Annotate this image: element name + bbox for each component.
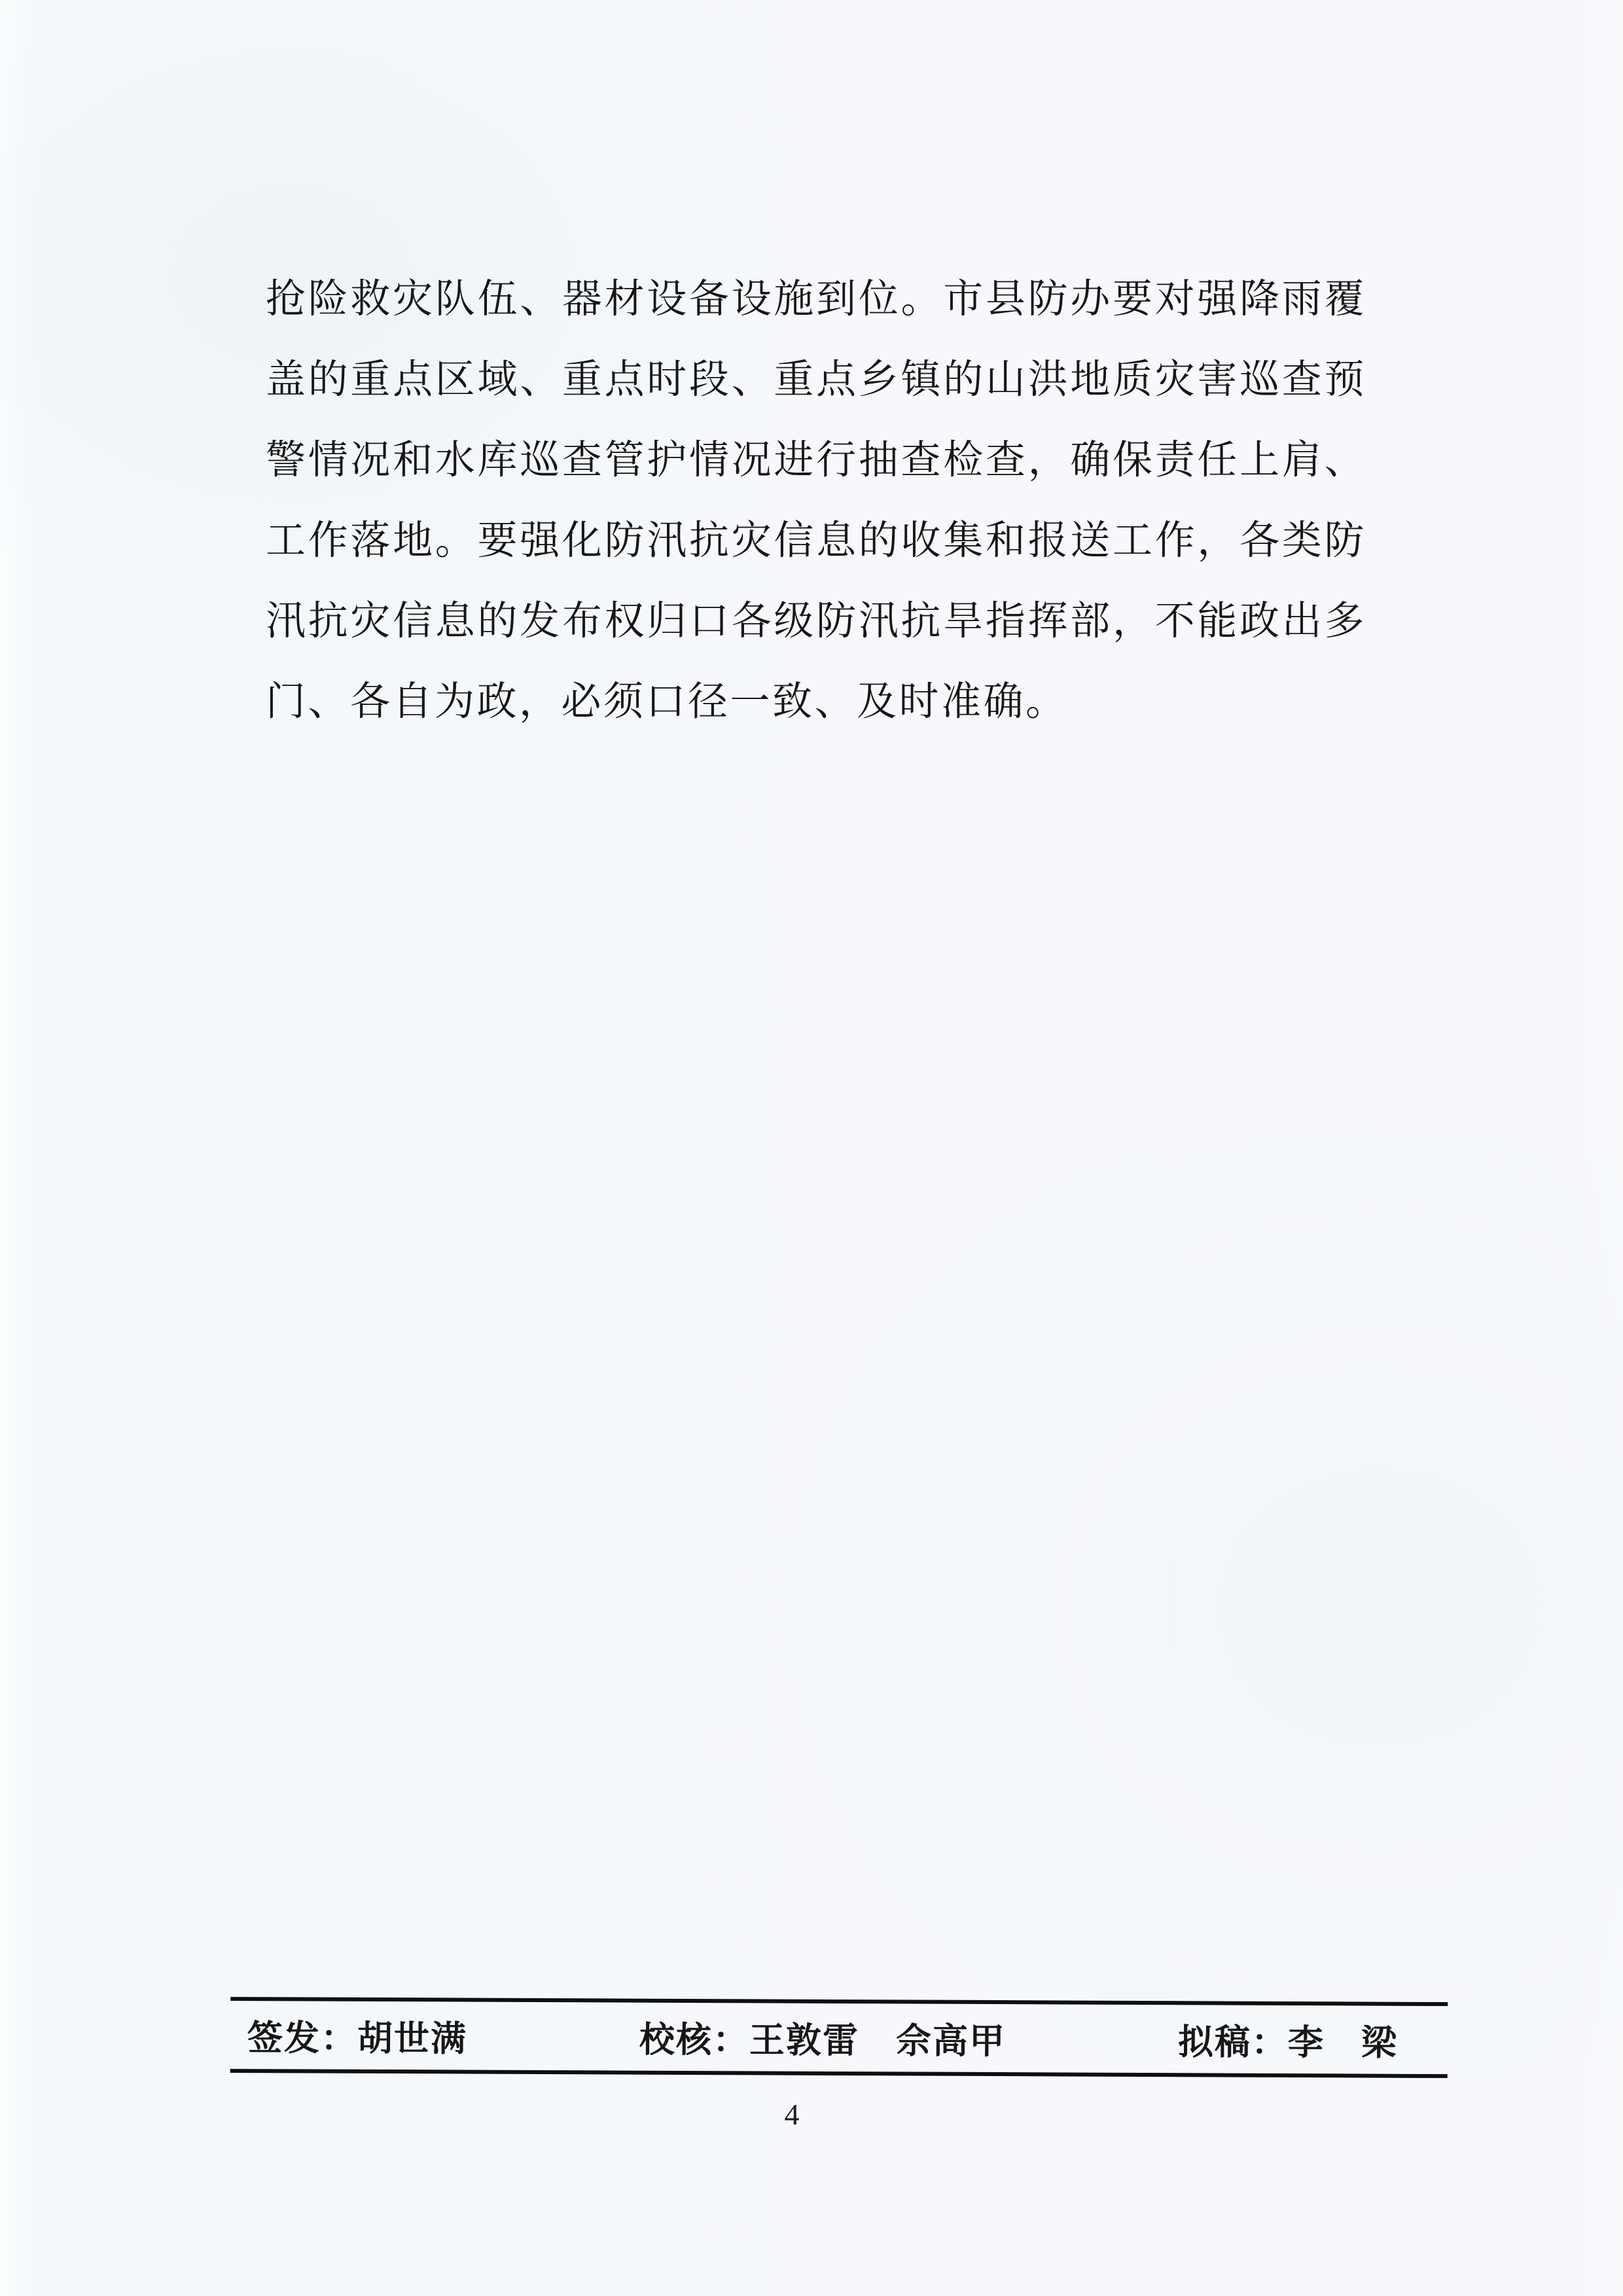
body-paragraph: 抢险救灾队伍、器材设备设施到位。市县防办要对强降雨覆 盖的重点区域、重点时段、重…: [266, 259, 1366, 742]
signoff-issuer: 签发：胡世满: [247, 2010, 467, 2061]
body-line-1: 抢险救灾队伍、器材设备设施到位。市县防办要对强降雨覆: [266, 259, 1366, 340]
drafter-label: 拟稿：: [1178, 2014, 1288, 2065]
page-number: 4: [760, 2097, 823, 2132]
issuer-name: 胡世满: [357, 2010, 467, 2061]
signoff-drafter: 拟稿：李 梁: [1178, 2014, 1398, 2065]
body-line-5: 汛抗灾信息的发布权归口各级防汛抗旱指挥部，不能政出多: [266, 581, 1366, 662]
proofreader-names: 王敦雷 佘高甲: [749, 2012, 1006, 2064]
signoff-bar: 签发：胡世满 校核：王敦雷 佘高甲 拟稿：李 梁: [230, 1997, 1448, 2078]
signoff-proofreaders: 校核：王敦雷 佘高甲: [639, 2011, 1006, 2063]
document-page: 抢险救灾队伍、器材设备设施到位。市县防办要对强降雨覆 盖的重点区域、重点时段、重…: [0, 0, 1623, 2296]
proofreader-label: 校核：: [639, 2011, 749, 2062]
body-line-3: 警情况和水库巡查管护情况进行抽查检查，确保责任上肩、: [266, 420, 1366, 501]
issuer-label: 签发：: [247, 2010, 357, 2061]
body-line-4: 工作落地。要强化防汛抗灾信息的收集和报送工作，各类防: [266, 501, 1366, 581]
drafter-name: 李 梁: [1288, 2014, 1398, 2065]
body-line-6: 门、各自为政，必须口径一致、及时准确。: [266, 662, 1366, 742]
body-line-2: 盖的重点区域、重点时段、重点乡镇的山洪地质灾害巡查预: [266, 340, 1366, 420]
